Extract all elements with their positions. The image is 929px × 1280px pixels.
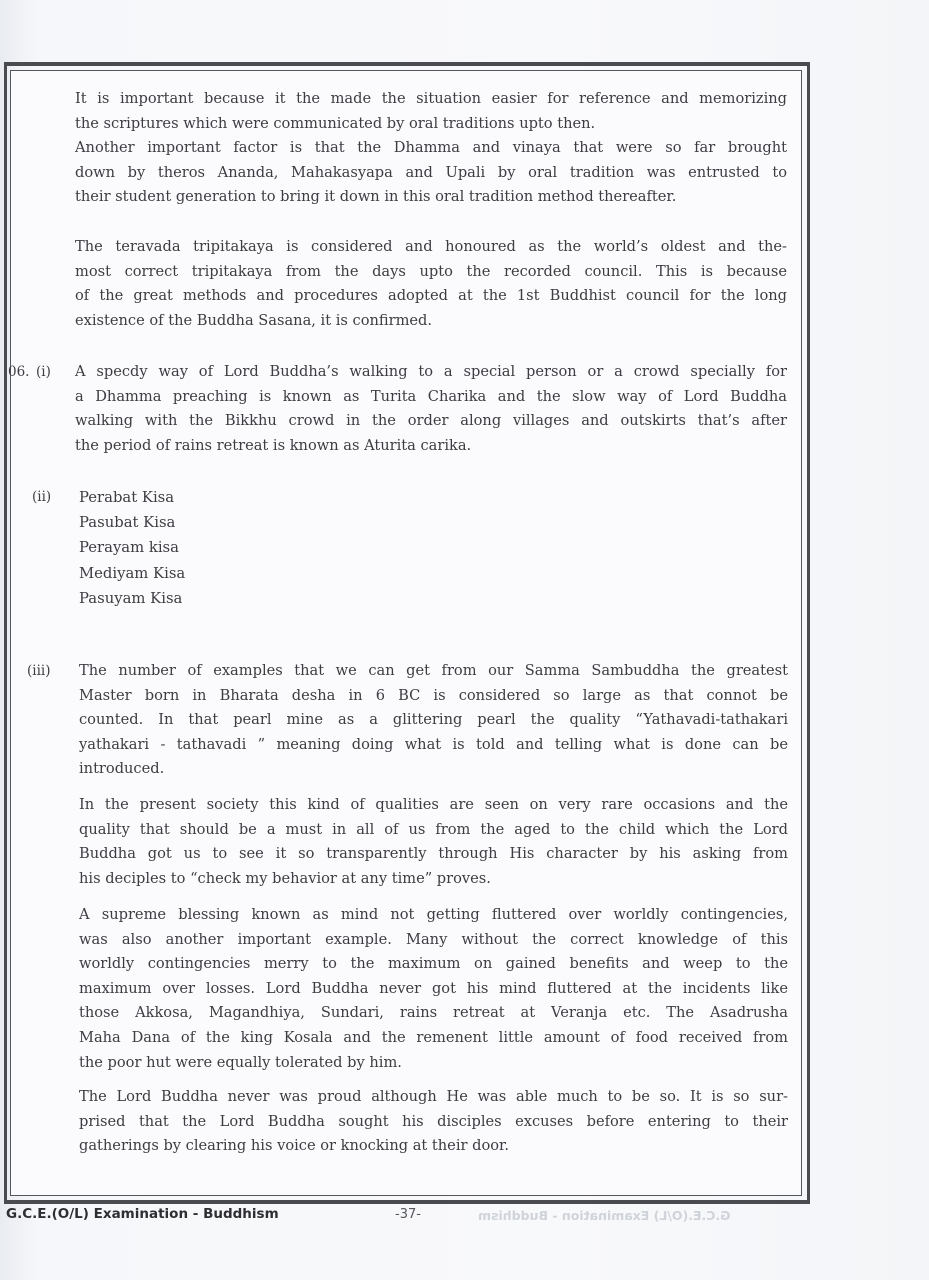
text-line: introduced. <box>79 757 788 782</box>
part-i-label: (i) <box>36 360 51 385</box>
text-line: A specdy way of Lord Buddha’s walking to… <box>75 360 787 385</box>
text-line: the period of rains retreat is known as … <box>75 434 787 459</box>
paragraph-teravada-tripitakaya: The teravada tripitakaya is considered a… <box>75 235 787 333</box>
answer-part-iii-p3: A supreme blessing known as mind not get… <box>79 903 788 1075</box>
text-line: down by theros Ananda, Mahakasyapa and U… <box>75 161 787 186</box>
text-line: yathakari - tathavadi ” meaning doing wh… <box>79 733 788 758</box>
part-ii-label: (ii) <box>32 485 51 510</box>
text-line: prised that the Lord Buddha sought his d… <box>79 1110 788 1135</box>
text-line: Maha Dana of the king Kosala and the rem… <box>79 1026 788 1051</box>
text-line: The teravada tripitakaya is considered a… <box>75 235 787 260</box>
answer-part-iii-p2: In the present society this kind of qual… <box>79 793 788 891</box>
text-line: the scriptures which were communicated b… <box>75 112 787 137</box>
list-item: Perabat Kisa <box>79 485 185 510</box>
text-line: In the present society this kind of qual… <box>79 793 788 818</box>
question-number: 06. <box>8 360 29 385</box>
answer-part-iii-p1: The number of examples that we can get f… <box>79 659 788 782</box>
list-item: Pasuyam Kisa <box>79 586 185 611</box>
text-line: The Lord Buddha never was proud although… <box>79 1085 788 1110</box>
paragraph-oral-tradition: It is important because it the made the … <box>75 87 787 210</box>
page-number: -37- <box>395 1207 421 1222</box>
text-line: their student generation to bring it dow… <box>75 185 787 210</box>
text-line: Buddha got us to see it so transparently… <box>79 842 788 867</box>
text-line: of the great methods and procedures adop… <box>75 284 787 309</box>
text-line: It is important because it the made the … <box>75 87 787 112</box>
answer-part-i: A specdy way of Lord Buddha’s walking to… <box>75 360 787 458</box>
answer-part-iii-p4: The Lord Buddha never was proud although… <box>79 1085 788 1159</box>
text-line: was also another important example. Many… <box>79 928 788 953</box>
text-line: worldly contingencies merry to the maxim… <box>79 952 788 977</box>
list-item: Perayam kisa <box>79 535 185 560</box>
text-line: walking with the Bikkhu crowd in the ord… <box>75 409 787 434</box>
text-line: maximum over losses. Lord Buddha never g… <box>79 977 788 1002</box>
text-line: A supreme blessing known as mind not get… <box>79 903 788 928</box>
text-line: most correct tripitakaya from the days u… <box>75 260 787 285</box>
text-line: those Akkosa, Magandhiya, Sundari, rains… <box>79 1001 788 1026</box>
text-line: The number of examples that we can get f… <box>79 659 788 684</box>
text-line: Another important factor is that the Dha… <box>75 136 787 161</box>
part-iii-label: (iii) <box>27 659 51 684</box>
footer-title: G.C.E.(O/L) Examination - Buddhism <box>6 1206 279 1222</box>
text-line: a Dhamma preaching is known as Turita Ch… <box>75 385 787 410</box>
text-line: Master born in Bharata desha in 6 BC is … <box>79 684 788 709</box>
text-line: existence of the Buddha Sasana, it is co… <box>75 309 787 334</box>
text-line: the poor hut were equally tolerated by h… <box>79 1051 788 1076</box>
bleed-through-footer: G.C.E.(O/L) Examination - Buddhism <box>478 1208 730 1223</box>
list-item: Pasubat Kisa <box>79 510 185 535</box>
text-line: gatherings by clearing his voice or knoc… <box>79 1134 788 1159</box>
text-line: quality that should be a must in all of … <box>79 818 788 843</box>
text-line: his deciples to “check my behavior at an… <box>79 867 788 892</box>
answer-part-ii-list: Perabat Kisa Pasubat Kisa Perayam kisa M… <box>79 485 185 611</box>
list-item: Mediyam Kisa <box>79 561 185 586</box>
text-line: counted. In that pearl mine as a glitter… <box>79 708 788 733</box>
